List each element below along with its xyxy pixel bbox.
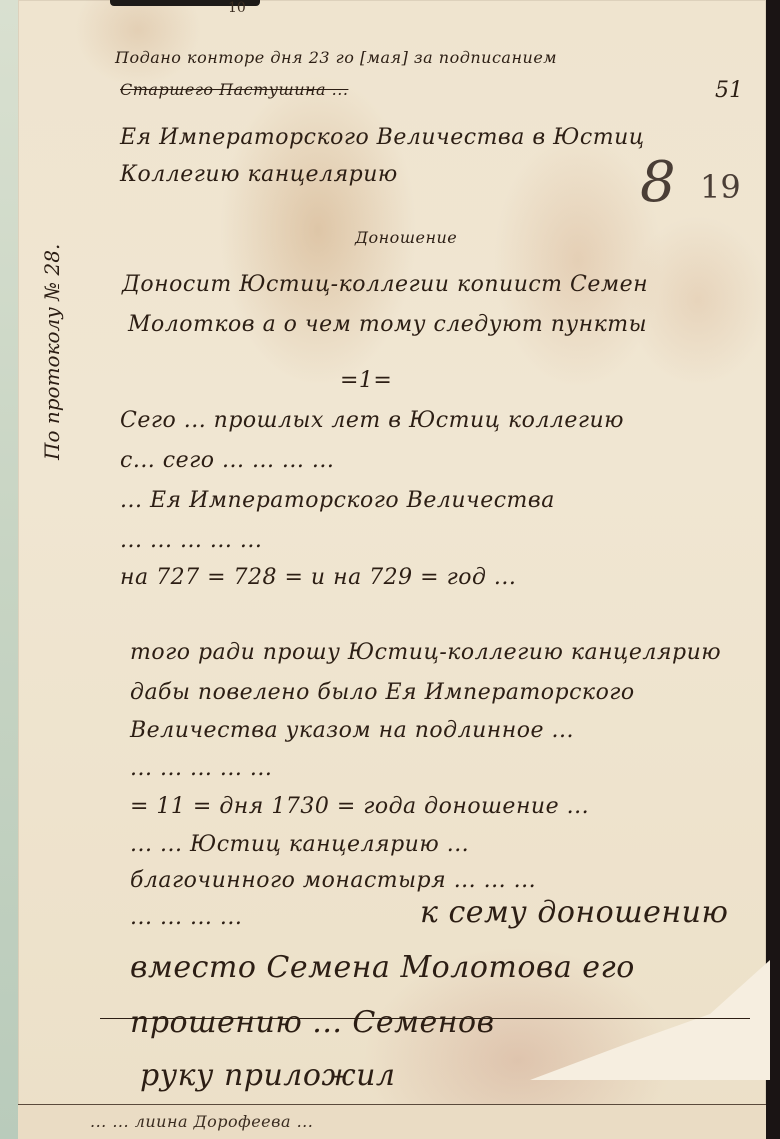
signature-line: прошению ... Семенов — [130, 1005, 495, 1040]
bottom-fragment: ... ... лиина Дорофеева ... — [90, 1112, 313, 1131]
ruled-line — [100, 1018, 750, 1019]
paragraph2-line: ... ... ... ... — [130, 905, 242, 930]
paragraph1-line: Сего ... прошлых лет в Юстиц коллегию — [120, 408, 624, 433]
heading: Доношение — [355, 228, 457, 247]
address-line-1: Ея Императорского Величества в Юстиц — [120, 125, 645, 150]
top-page-number: 10 — [228, 0, 246, 16]
section-marker: =1= — [340, 368, 392, 393]
intro-line-1: Доносит Юстиц-коллегии копиист Семен — [122, 272, 648, 297]
corner-number-large: 8 — [640, 150, 676, 215]
paragraph2-line: дабы повелено было Ея Императорского — [130, 680, 635, 705]
address-line-2: Коллегию канцелярию — [120, 162, 398, 187]
signature-line: руку приложил — [140, 1058, 396, 1093]
paragraph2-line: того ради прошу Юстиц-коллегию канцеляри… — [130, 640, 721, 665]
folio-number: 51 — [715, 78, 743, 103]
margin-note: По протоколу № 28. — [40, 244, 64, 460]
signature-line: к сему доношению — [420, 895, 728, 930]
paragraph2-line: Величества указом на подлинное ... — [130, 718, 574, 743]
paragraph1-line: ... Ея Императорского Величества — [120, 488, 555, 513]
top-note-line-1: Подано конторе дня 23 го [мая] за подпис… — [115, 48, 557, 67]
paragraph2-line: = 11 = дня 1730 = года доношение ... — [130, 794, 589, 819]
signature-line: вместо Семена Молотова его — [130, 950, 635, 985]
paragraph2-line: ... ... Юстиц канцелярию ... — [130, 832, 469, 857]
paragraph1-line: на 727 = 728 = и на 729 = год ... — [120, 565, 516, 590]
paragraph1-line: с... сего ... ... ... ... — [120, 448, 334, 473]
top-note-line-2: Старшего Пастушина ... — [120, 80, 348, 99]
paragraph2-line: благочинного монастыря ... ... ... — [130, 868, 536, 893]
paragraph1-line: ... ... ... ... ... — [120, 528, 262, 553]
paragraph2-line: ... ... ... ... ... — [130, 756, 272, 781]
intro-line-2: Молотков а о чем тому следуют пункты — [128, 312, 647, 337]
corner-number-small: 19 — [700, 168, 741, 206]
